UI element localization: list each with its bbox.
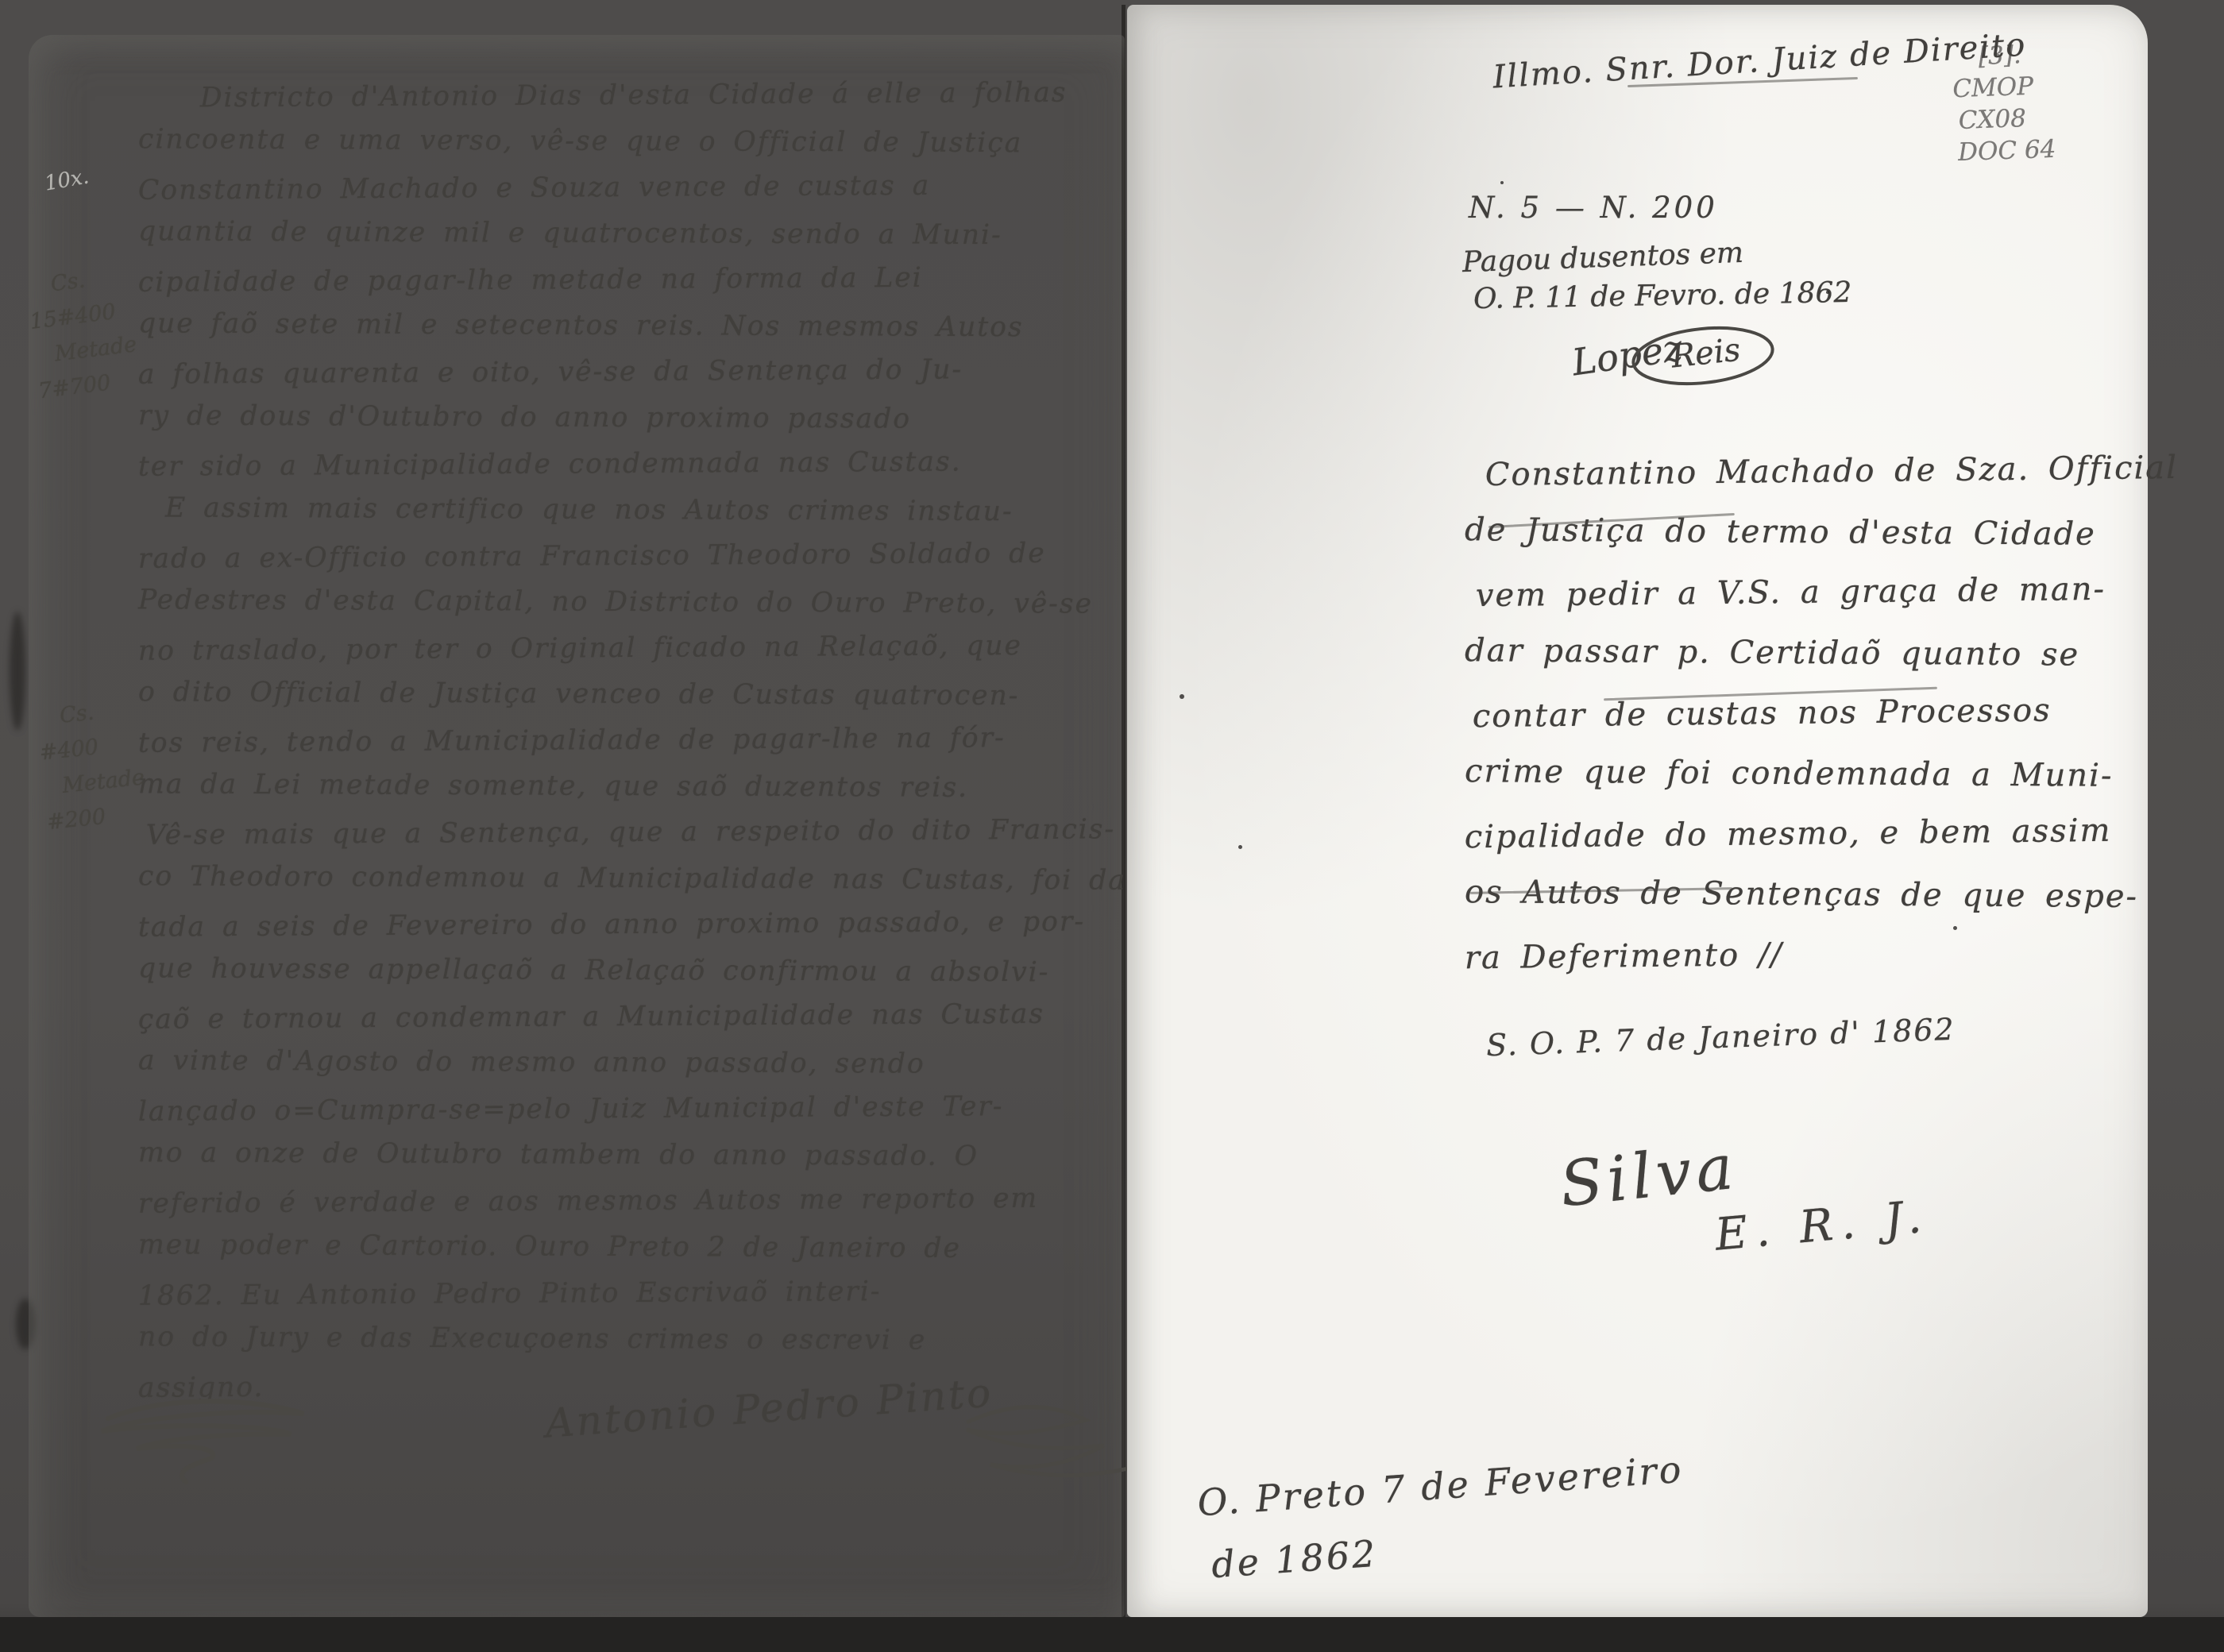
manuscript-line: Pedestres d'esta Capital, no Districto d…	[138, 584, 1119, 634]
manuscript-line: a vinte d'Agosto do mesmo anno passado, …	[138, 1044, 1119, 1094]
manuscript-line: cipalidade de pagar-lhe metade na forma …	[138, 261, 1119, 313]
petition-line: os Autos de Sentenças de que espe-	[1465, 874, 2117, 939]
manuscript-line: rado a ex-Officio contra Francisco Theod…	[138, 537, 1119, 589]
manuscript-line: 1862. Eu Antonio Pedro Pinto Escrivaõ in…	[138, 1274, 1119, 1326]
manuscript-line: o dito Official de Justiça venceo de Cus…	[138, 676, 1119, 726]
petition-line: cipalidade do mesmo, e bem assim	[1465, 812, 2117, 880]
margin-cost-note-1: Cs. 15#400 Metade 7#700	[24, 258, 143, 410]
manuscript-line: cincoenta e uma verso, vê-se que o Offic…	[138, 123, 1119, 173]
closing-formula: E. R. J.	[1713, 1191, 1932, 1260]
manuscript-line: referido é verdade e aos mesmos Autos me…	[138, 1182, 1119, 1234]
archival-note-line: CMOP	[1952, 70, 2055, 105]
petition-date-line: S. O. P. 7 de Janeiro d' 1862	[1485, 1012, 1956, 1063]
petition-line: dar passar p. Certidaõ quanto se	[1465, 632, 2117, 697]
manuscript-line: no do Jury e das Execuçoens crimes o esc…	[138, 1321, 1119, 1371]
petition-line: Constantino Machado de Sza. Official	[1465, 450, 2117, 518]
manuscript-line: lançado o=Cumpra-se=pelo Juiz Municipal …	[138, 1090, 1119, 1142]
fee-number-line: N. 5 — N. 200	[1469, 191, 1718, 225]
left-page-sheet: 10x. Cs. 15#400 Metade 7#700 Cs. #400 Me…	[29, 35, 1125, 1617]
fee-date-line: O. P. 11 de Fevro. de 1862	[1473, 276, 1852, 315]
manuscript-line: tos reis, tendo a Municipalidade de paga…	[138, 721, 1119, 774]
archival-note-line: DOC 64	[1954, 133, 2056, 168]
petition-line: crime que foi condemnada a Muni-	[1465, 753, 2117, 818]
manuscript-line: co Theodoro condemnou a Municipalidade n…	[138, 860, 1119, 910]
judge-rubric: Reis	[1627, 315, 1778, 394]
paraph-flourish	[91, 1385, 321, 1496]
petition-text-block: Constantino Machado de Sza. Official de …	[1465, 454, 2116, 997]
scanned-document: { "palette":{ "scanner_background":"#4f4…	[0, 0, 2224, 1652]
manuscript-line: que houvesse appellaçaõ a Relaçaõ confir…	[138, 952, 1119, 1002]
manuscript-line: Vê-se mais que a Sentença, que a respeit…	[138, 813, 1119, 866]
manuscript-line: çaõ e tornou a condemnar a Municipalidad…	[138, 998, 1119, 1050]
rubric-name: Reis	[1670, 332, 1742, 376]
manuscript-line: a folhas quarenta e oito, vê-se da Sente…	[138, 353, 1119, 405]
manuscript-line: que faõ sete mil e setecentos reis. Nos …	[138, 307, 1119, 357]
manuscript-line: no traslado, por ter o Original ficado n…	[138, 629, 1119, 681]
manuscript-line: ter sido a Municipalidade condemnada nas…	[138, 445, 1119, 497]
petition-line: vem pedir a V.S. a graça de man-	[1465, 571, 2117, 639]
manuscript-line: Districto d'Antonio Dias d'esta Cidade á…	[138, 76, 1119, 129]
ink-speck	[1826, 291, 1829, 294]
petitioner-signature: Silva	[1557, 1132, 1741, 1222]
right-page-sheet: [3]. CMOP CX08 DOC 64 Illmo. Snr. Dor. J…	[1127, 5, 2148, 1617]
ink-speck	[1180, 694, 1184, 699]
certificate-text-block: Districto d'Antonio Dias d'esta Cidade á…	[138, 79, 1119, 1415]
corner-pencil-mark: 10x.	[43, 164, 91, 195]
manuscript-line: tada a seis de Fevereiro do anno proximo…	[138, 905, 1119, 958]
petition-line: contar de custas nos Processos	[1465, 692, 2117, 759]
scanner-bed-bottom	[0, 1617, 2224, 1652]
margin-cost-note-2: Cs. #400 Metade #200	[34, 691, 150, 840]
manuscript-line: meu poder e Cartorio. Ouro Preto 2 de Ja…	[138, 1229, 1119, 1279]
ink-speck	[1953, 926, 1957, 930]
manuscript-line: E assim mais certifico que nos Autos cri…	[138, 492, 1119, 542]
fee-paid-line: Pagou dusentos em	[1461, 237, 1743, 279]
archival-note-line: CX08	[1953, 102, 2056, 137]
petition-line: ra Deferimento //	[1465, 933, 2117, 1001]
addressee-line: Illmo. Snr. Dor. Juiz de Direito	[1492, 27, 2027, 96]
signature-loop-flourish	[954, 1395, 1113, 1490]
filing-date-line-1: O. Preto 7 de Fevereiro	[1196, 1448, 1685, 1525]
manuscript-line: mo a onze de Outubro tambem do anno pass…	[138, 1137, 1119, 1187]
ink-speck	[1500, 181, 1504, 184]
filing-date-line-2: de 1862	[1210, 1532, 1379, 1586]
scan-smudge	[10, 612, 25, 731]
manuscript-line: quantia de quinze mil e quatrocentos, se…	[138, 215, 1119, 265]
manuscript-line: Constantino Machado e Souza vence de cus…	[138, 168, 1119, 221]
ink-speck	[1238, 845, 1242, 849]
manuscript-line: ma da Lei metade somente, que saõ duzent…	[138, 768, 1119, 818]
manuscript-line: ry de dous d'Outubro do anno proximo pas…	[138, 399, 1119, 450]
